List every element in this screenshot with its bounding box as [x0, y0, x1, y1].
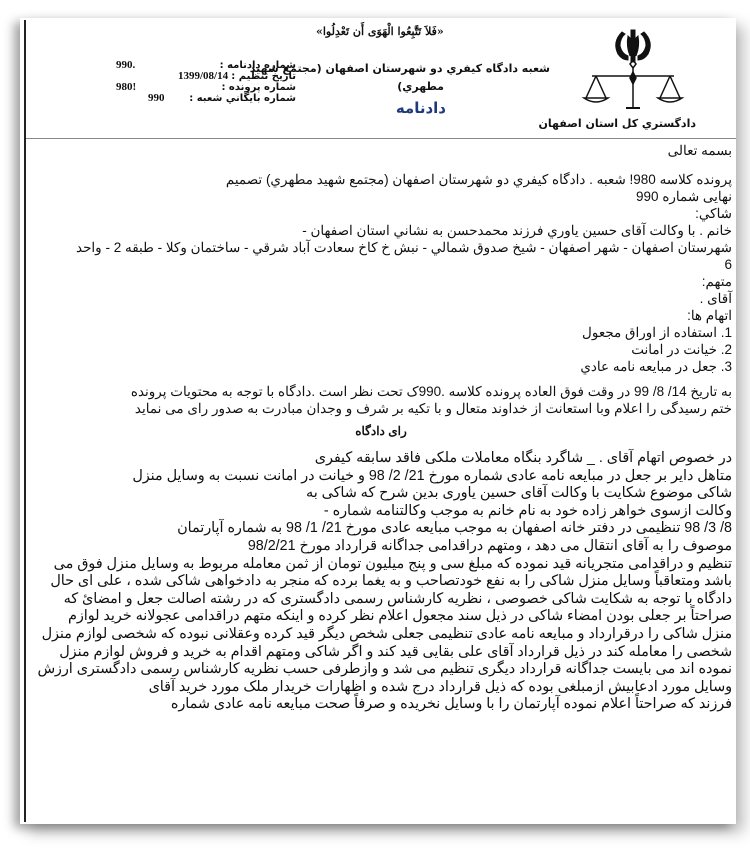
meta-value: 980! [116, 81, 136, 93]
ruling-line: متاهل داير بر جعل در مبايعه نامه عادی شم… [30, 468, 732, 486]
ruling-line: شاکی موضوع شکايت با وکالت آقای حسين ياور… [30, 485, 732, 503]
document-body: بسمه تعالی پرونده کلاسه 980! شعبه . دادگ… [30, 142, 732, 714]
charge-item: 2. خيانت در امانت [30, 341, 732, 358]
session-line: ختم رسيدگی را اعلام وبا استعانت از خداون… [30, 400, 732, 417]
plaintiff-label: شاکي: [30, 205, 732, 222]
accused-label: متهم: [30, 273, 732, 290]
ruling-line: موصوف را به آقای انتقال می دهد ، ومتهم د… [30, 538, 732, 556]
ruling-line: تنظيم و دراقدامی متجريانه قيد نموده که م… [30, 556, 732, 574]
iran-emblem-scales-icon [578, 28, 688, 114]
ruling-line: شخصی را معامله کند در ذيل قرارداد آقای ع… [30, 644, 732, 662]
motto: «فَلاَ تَتَّبِعُوا الْهَوَى أَن تَعْدِلُ… [316, 25, 444, 38]
court-name: شعبه دادگاه کيفري دو شهرستان اصفهان (مجت… [250, 62, 550, 75]
ruling-title: رای دادگاه [30, 423, 732, 440]
case-line-2: نهايی شماره 990 [30, 188, 732, 205]
charge-item: 1. استفاده از اوراق مجعول [30, 324, 732, 341]
charge-item: 3. جعل در مبايعه نامه عادي [30, 358, 732, 375]
court-name-cont: مطهري) [397, 80, 444, 93]
ruling-text: در خصوص اتهام آقای . _ شاگرد بنگاه معامل… [30, 450, 732, 714]
plaintiff-line: شهرستان اصفهان - شهر اصفهان - شيخ صدوق ش… [30, 239, 732, 256]
ruling-line: وسايل مورد ادعابيش ازمبلغی بوده که ذيل ق… [30, 679, 732, 697]
document-page: «فَلاَ تَتَّبِعُوا الْهَوَى أَن تَعْدِلُ… [24, 20, 736, 822]
ruling-line: در خصوص اتهام آقای . _ شاگرد بنگاه معامل… [30, 450, 732, 468]
meta-value: 990 [148, 92, 165, 104]
document-title: دادنامه [396, 99, 446, 117]
document-header: «فَلاَ تَتَّبِعُوا الْهَوَى أَن تَعْدِلُ… [26, 20, 736, 139]
case-line-1: پرونده کلاسه 980! شعبه . دادگاه کيفري دو… [30, 171, 732, 188]
accused-name: آقای . [30, 290, 732, 307]
meta-row-case-number: شماره پرونده : 980! [116, 82, 296, 93]
meta-label: شماره پرونده : [221, 82, 296, 93]
meta-label: شماره بايگاني شعبه : [189, 93, 296, 104]
ruling-line: وکالت ازسوی خواهر زاده خود به نام خانم ب… [30, 503, 732, 521]
meta-row-archive-number: شماره بايگاني شعبه : 990 [116, 93, 296, 104]
invocation: بسمه تعالی [30, 142, 732, 159]
plaintiff-line: خانم . با وکالت آقای حسين ياوري فرزند مح… [30, 222, 732, 239]
meta-value: 1399/08/14 [178, 70, 228, 82]
charges-label: اتهام ها: [30, 307, 732, 324]
meta-value: 990. [116, 59, 135, 71]
ruling-line: باشد ومتعاقباً وسايل منزل شاکی را به نفع… [30, 573, 732, 591]
ruling-line: منزل شاکی را درقرارداد و مبايعه نامه عاد… [30, 626, 732, 644]
ruling-line: دادگاه با توجه به شکايت شاکی خصوصی ، نظر… [30, 591, 732, 609]
ruling-line: نموده اند می بايست جداگانه قرارداد ديگری… [30, 661, 732, 679]
organization-name: دادگستري کل استان اصفهان [539, 117, 696, 130]
plaintiff-line: 6 [30, 256, 732, 273]
ruling-line: فرزند که صراحتاً اعلام نموده آپارتمان را… [30, 696, 732, 714]
session-line: به تاريخ 14/ 8/ 99 در وقت فوق العاده پرو… [30, 383, 732, 400]
ruling-line: 8/ 3/ 98 تنظيمی در دفتر خانه اصفهان به م… [30, 520, 732, 538]
ruling-line: صراحتاً بر جعلی بودن امضاء شاکی در ذيل س… [30, 608, 732, 626]
